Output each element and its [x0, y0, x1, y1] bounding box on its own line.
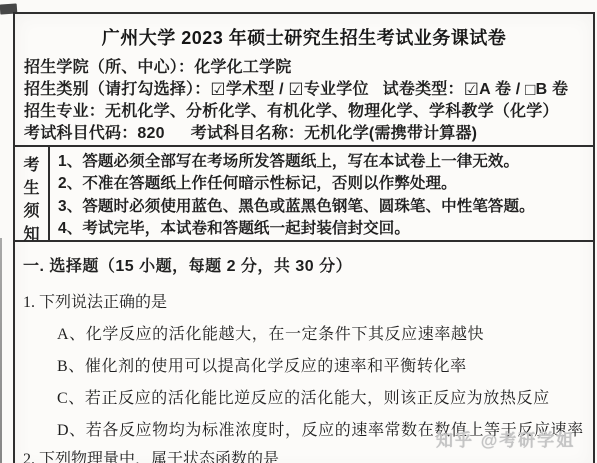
- question-1-option-c: C、若正反应的活化能比逆反应的活化能大，则该正反应为放热反应: [57, 389, 593, 409]
- page-title: 广州大学 2023 年硕士研究生招生考试业务课试卷: [15, 24, 593, 50]
- scan-artifact-left-edge: [0, 238, 2, 463]
- notice-rules-list: 1、答题必须全部写在考场所发答题纸上，写在本试卷上一律无效。 2、不准在答题纸上…: [50, 147, 593, 240]
- notice-rule: 4、考试完毕，本试卷和答题纸一起封装信封交回。: [58, 216, 591, 238]
- section-heading: 一. 选择题（15 小题，每题 2 分，共 30 分）: [23, 253, 593, 276]
- category-prefix: 招生类别（请打勾选择）：: [24, 81, 210, 98]
- info-line-category: 招生类别（请打勾选择）：☑学术型 / ☑专业学位试卷类型：☑A 卷 / □B 卷: [24, 79, 587, 101]
- notice-rule: 2、不准在答题纸上作任何暗示性标记，否则以作弊处理。: [58, 171, 591, 193]
- zhihu-watermark: 知乎 @考研学姐: [436, 426, 575, 451]
- school-line-text: 招生学院（所、中心）：化学化工学院: [24, 59, 291, 76]
- notice-rule: 3、答题时必须使用蓝色、黑色或蓝黑色钢笔、圆珠笔、中性笔答题。: [58, 194, 591, 216]
- paper-b-label: B 卷: [536, 81, 569, 98]
- candidate-notice-table: 考 生 须 知 1、答题必须全部写在考场所发答题纸上，写在本试卷上一律无效。 2…: [15, 145, 593, 242]
- notice-side-char: 考: [23, 152, 39, 175]
- checkbox-checked-icon: ☑: [288, 81, 303, 98]
- notice-rule: 1、答题必须全部写在考场所发答题纸上，写在本试卷上一律无效。: [58, 149, 591, 171]
- subject-code-value: 820: [137, 125, 164, 142]
- exam-sheet-frame: 广州大学 2023 年硕士研究生招生考试业务课试卷 招生学院（所、中心）：化学化…: [13, 12, 595, 463]
- info-line-subject: 考试科目代码：820考试科目名称：无机化学(需携带计算器): [24, 123, 587, 145]
- exam-info-block: 招生学院（所、中心）：化学化工学院 招生类别（请打勾选择）：☑学术型 / ☑专业…: [24, 57, 587, 145]
- subject-name-value: 无机化学(需携带计算器): [304, 125, 477, 142]
- notice-side-char: 生: [23, 175, 39, 198]
- question-2-stem: 2. 下列物理量中，属于状态函数的是: [23, 450, 593, 463]
- notice-side-label: 考 生 须 知: [15, 147, 50, 240]
- paper-type-label: 试卷类型：: [383, 81, 464, 98]
- checkbox-checked-icon: ☑: [464, 81, 479, 98]
- subject-code-label: 考试科目代码：: [24, 125, 137, 142]
- category-professional-label: 专业学位: [304, 81, 369, 98]
- category-academic-label: 学术型: [226, 81, 275, 98]
- info-line-school: 招生学院（所、中心）：化学化工学院: [24, 57, 587, 79]
- checkbox-unchecked-icon: □: [525, 81, 535, 98]
- info-line-majors: 招生专业：无机化学、分析化学、有机化学、物理化学、学科教学（化学）: [24, 101, 587, 123]
- paper-a-label: A 卷: [479, 81, 511, 98]
- subject-name-label: 考试科目名称：: [191, 125, 304, 142]
- question-1-option-b: B、催化剂的使用可以提高化学反应的速率和平衡转化率: [57, 357, 593, 377]
- category-separator: /: [274, 81, 288, 98]
- question-1-stem: 1. 下列说法正确的是: [23, 293, 593, 313]
- notice-side-char: 知: [23, 221, 39, 244]
- notice-side-char: 须: [23, 198, 39, 221]
- paper-type-separator: /: [511, 81, 525, 98]
- checkbox-checked-icon: ☑: [210, 81, 225, 98]
- exam-paper-scan: 广州大学 2023 年硕士研究生招生考试业务课试卷 招生学院（所、中心）：化学化…: [0, 0, 597, 463]
- majors-line-text: 招生专业：无机化学、分析化学、有机化学、物理化学、学科教学（化学）: [24, 103, 559, 120]
- question-1-option-a: A、化学反应的活化能越大，在一定条件下其反应速率越快: [57, 325, 593, 345]
